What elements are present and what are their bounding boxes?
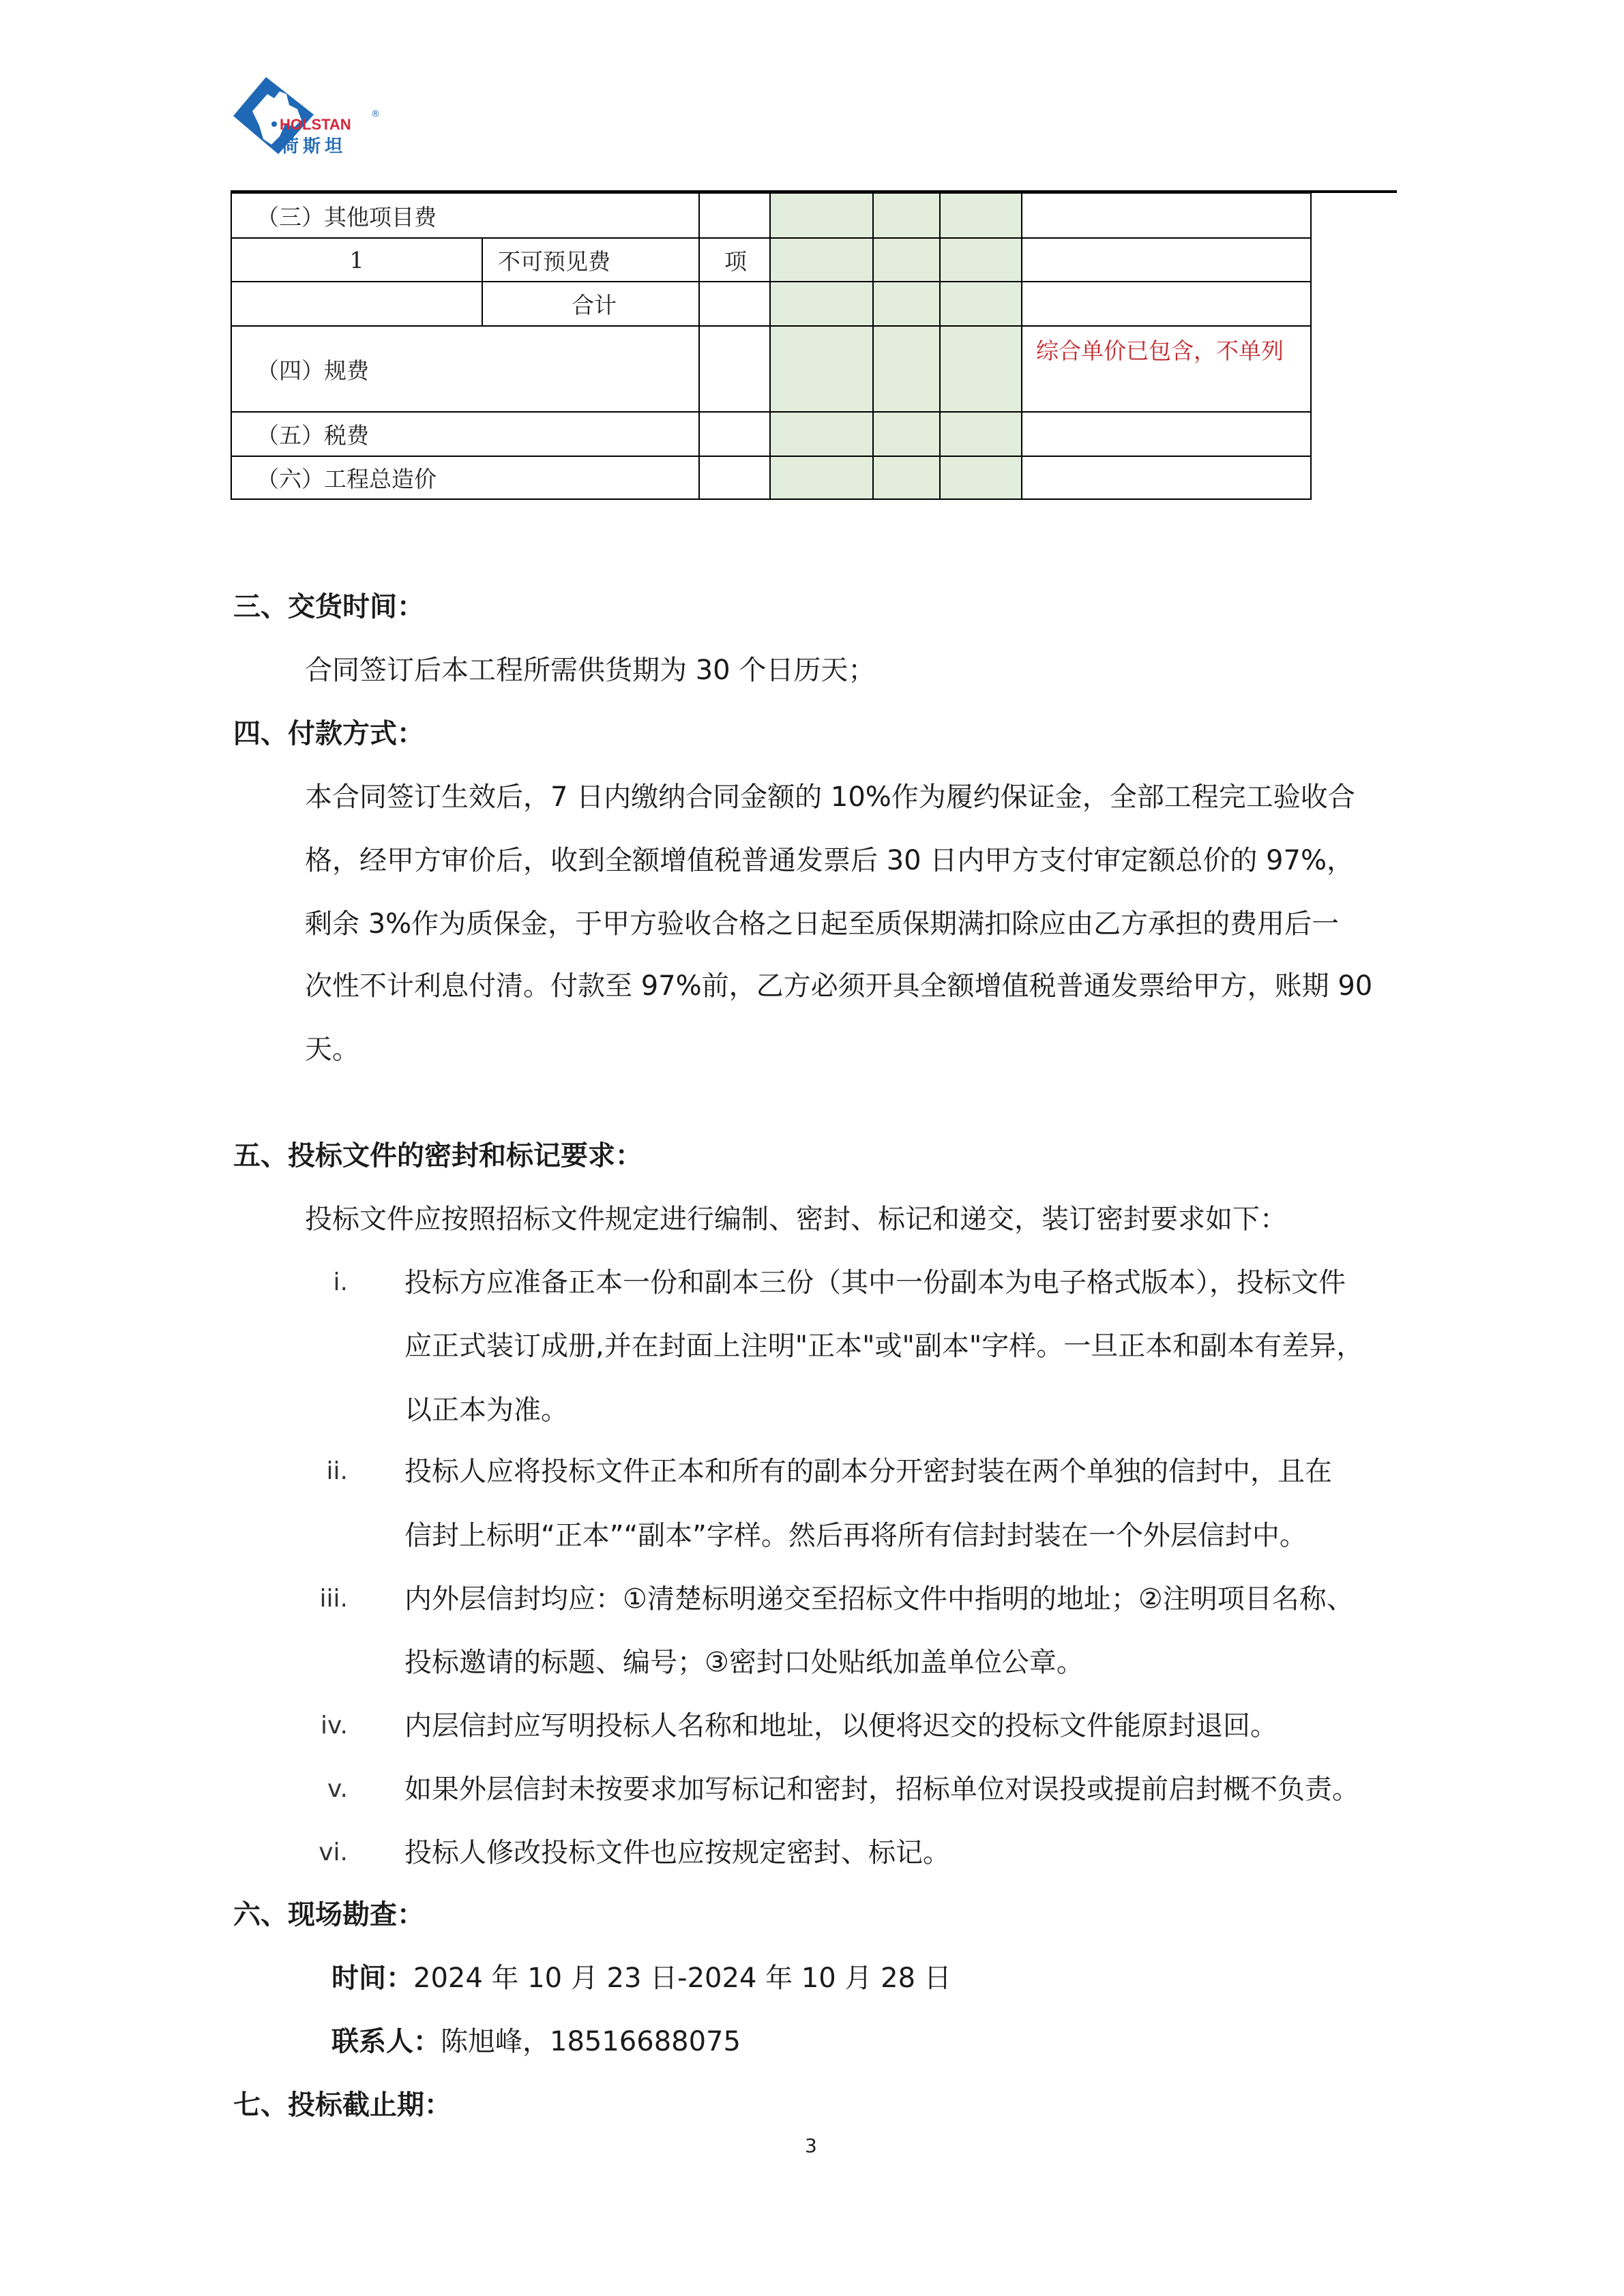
site-visit-contact: 联系人：陈旭峰，18516688075 bbox=[331, 2025, 741, 2059]
sealing-item-line: 投标人修改投标文件也应按规定密封、标记。 bbox=[404, 1836, 950, 1870]
table-row: （三）其他项目费 bbox=[231, 193, 1311, 238]
highlight-cell bbox=[770, 282, 873, 326]
payment-line: 天。 bbox=[305, 1032, 359, 1067]
row-label: （五）税费 bbox=[231, 412, 699, 456]
row-index bbox=[231, 282, 482, 326]
highlight-cell bbox=[940, 326, 1022, 412]
sealing-item-line: 投标人应将投标文件正本和所有的副本分开密封装在两个单独的信封中，且在 bbox=[404, 1455, 1332, 1489]
highlight-cell bbox=[940, 282, 1022, 326]
logo-name-cn: 荷斯坦 bbox=[281, 132, 346, 158]
highlight-cell bbox=[940, 456, 1022, 499]
note-cell bbox=[1022, 456, 1311, 499]
note-cell bbox=[1022, 412, 1311, 456]
note-cell bbox=[1022, 282, 1311, 326]
page-number: 3 bbox=[805, 2134, 817, 2157]
row-label: （六）工程总造价 bbox=[231, 456, 699, 499]
sealing-item-line: 信封上标明“正本”“副本”字样。然后再将所有信封封装在一个外层信封中。 bbox=[404, 1519, 1307, 1553]
highlight-cell bbox=[770, 238, 873, 282]
site-visit-time: 时间：2024 年 10 月 23 日-2024 年 10 月 28 日 bbox=[331, 1961, 951, 1995]
highlight-cell bbox=[770, 412, 873, 456]
payment-line: 格，经甲方审价后，收到全额增值税普通发票后 30 日内甲方支付审定额总价的 97… bbox=[305, 844, 1354, 878]
highlight-cell bbox=[873, 412, 940, 456]
registered-mark: ® bbox=[371, 109, 380, 119]
section-heading-site-visit: 六、现场勘查： bbox=[233, 1898, 424, 1932]
section-heading-payment: 四、付款方式： bbox=[233, 717, 424, 751]
delivery-body: 合同签订后本工程所需供货期为 30 个日历天； bbox=[305, 653, 875, 687]
payment-line: 次性不计利息付清。付款至 97%前，乙方必须开具全额增值税普通发票给甲方，账期 … bbox=[305, 969, 1372, 1003]
roman-numeral: vi. bbox=[293, 1836, 348, 1870]
roman-numeral: iv. bbox=[293, 1709, 348, 1743]
section-heading-deadline: 七、投标截止期： bbox=[233, 2088, 452, 2122]
row-label: （四）规费 bbox=[231, 326, 699, 412]
unit-cell bbox=[699, 193, 770, 238]
sealing-item-line: 应正式装订成册,并在封面上注明"正本"或"副本"字样。一旦正本和副本有差异， bbox=[404, 1329, 1363, 1363]
sealing-intro: 投标文件应按照招标文件规定进行编制、密封、标记和递交，装订密封要求如下： bbox=[305, 1202, 1287, 1236]
payment-line: 剩余 3%作为质保金，于甲方验收合格之日起至质保期满扣除应由乙方承担的费用后一 bbox=[305, 907, 1339, 941]
unit-cell bbox=[699, 412, 770, 456]
roman-numeral: ii. bbox=[293, 1455, 348, 1489]
row-label: （三）其他项目费 bbox=[231, 193, 699, 238]
row-index: 1 bbox=[231, 238, 482, 282]
table-row: 合计 bbox=[231, 282, 1311, 326]
highlight-cell bbox=[940, 193, 1022, 238]
note-text: 综合单价已包含，不单列 bbox=[1036, 329, 1288, 373]
highlight-cell bbox=[873, 326, 940, 412]
company-logo: HOLSTAN ® 荷斯坦 bbox=[232, 74, 389, 162]
table-row: （六）工程总造价 bbox=[231, 456, 1311, 499]
time-label: 时间： bbox=[331, 1963, 413, 1994]
payment-line: 本合同签订生效后，7 日内缴纳合同金额的 10%作为履约保证金，全部工程完工验收… bbox=[305, 780, 1355, 814]
contact-label: 联系人： bbox=[331, 2026, 441, 2057]
sealing-item-line: 内外层信封均应：①清楚标明递交至招标文件中指明的地址；②注明项目名称、 bbox=[404, 1582, 1354, 1616]
contact-value: 陈旭峰，18516688075 bbox=[441, 2026, 741, 2057]
unit-cell bbox=[699, 326, 770, 412]
highlight-cell bbox=[873, 238, 940, 282]
table-row: （四）规费 综合单价已包含，不单列 bbox=[231, 326, 1311, 412]
highlight-cell bbox=[940, 412, 1022, 456]
sealing-item-line: 以正本为准。 bbox=[404, 1393, 568, 1427]
unit-cell bbox=[699, 456, 770, 499]
note-cell bbox=[1022, 193, 1311, 238]
row-name: 不可预见费 bbox=[482, 238, 699, 282]
highlight-cell bbox=[873, 282, 940, 326]
logo-name-en: HOLSTAN bbox=[280, 116, 351, 134]
unit-cell bbox=[699, 282, 770, 326]
row-name: 合计 bbox=[482, 282, 699, 326]
highlight-cell bbox=[873, 193, 940, 238]
note-cell bbox=[1022, 238, 1311, 282]
sealing-item-line: 内层信封应写明投标人名称和地址，以便将迟交的投标文件能原封退回。 bbox=[404, 1709, 1278, 1743]
highlight-cell bbox=[873, 456, 940, 499]
sealing-item-line: 投标方应准备正本一份和副本三份（其中一份副本为电子格式版本），投标文件 bbox=[404, 1266, 1346, 1300]
table-row: （五）税费 bbox=[231, 412, 1311, 456]
section-heading-delivery: 三、交货时间： bbox=[233, 590, 424, 624]
highlight-cell bbox=[770, 193, 873, 238]
note-cell: 综合单价已包含，不单列 bbox=[1022, 326, 1311, 412]
table-row: 1 不可预见费 项 bbox=[231, 238, 1311, 282]
section-heading-sealing: 五、投标文件的密封和标记要求： bbox=[233, 1139, 643, 1173]
unit-cell: 项 bbox=[699, 238, 770, 282]
roman-numeral: iii. bbox=[293, 1582, 348, 1616]
highlight-cell bbox=[770, 326, 873, 412]
roman-numeral: v. bbox=[293, 1772, 348, 1806]
time-value: 2024 年 10 月 23 日-2024 年 10 月 28 日 bbox=[413, 1963, 951, 1994]
sealing-item-line: 投标邀请的标题、编号；③密封口处贴纸加盖单位公章。 bbox=[404, 1645, 1084, 1680]
sealing-item-line: 如果外层信封未按要求加写标记和密封，招标单位对误投或提前启封概不负责。 bbox=[404, 1772, 1359, 1806]
highlight-cell bbox=[770, 456, 873, 499]
fee-table: （三）其他项目费 1 不可预见费 项 合计 （四）规费 综合单价已包含，不单列 … bbox=[231, 192, 1312, 500]
highlight-cell bbox=[940, 238, 1022, 282]
roman-numeral: i. bbox=[293, 1266, 348, 1300]
